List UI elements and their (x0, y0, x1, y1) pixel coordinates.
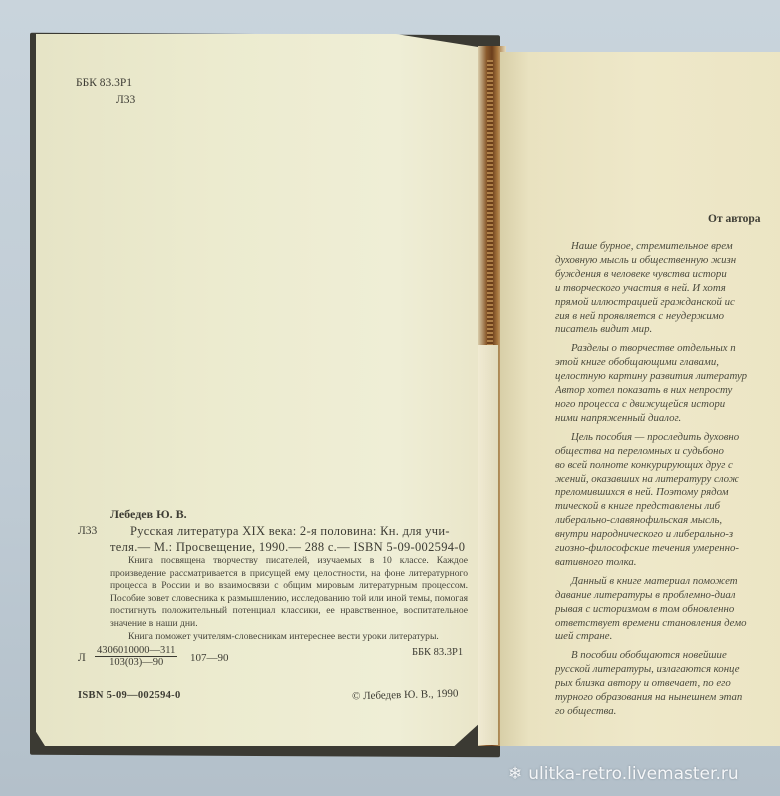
fraction-denominator: 103(03)—90 (95, 657, 177, 668)
snowflake-icon: ❄ (508, 764, 522, 784)
preface-heading: От автора (708, 213, 761, 225)
publication-code-fraction: 4306010000—311 103(03)—90 (95, 645, 177, 668)
preface-line: либерально-славянофильская мысль, (555, 514, 780, 528)
preface-line: Наше бурное, стремительное врем (555, 240, 780, 254)
publication-code-suffix: 107—90 (190, 652, 229, 664)
preface-line: рывая с историзмом в том обновленно (555, 603, 780, 617)
watermark: ❄ulitka-retro.livemaster.ru (508, 764, 739, 784)
catalog-code: Л33 (78, 525, 97, 537)
preface-line: русской литературы, излагаются конце (555, 663, 780, 677)
preface-line: гия в ней проявляется с неудержимо (555, 310, 780, 324)
preface-line: Автор хотел показать в них непросту (555, 384, 780, 398)
preface-line: тической в книге представлены либ (555, 500, 780, 514)
preface-line: этой книге обобщающими главами, (555, 356, 780, 370)
preface-line: жений, оказавших на литературу слож (555, 473, 780, 487)
preface-line: Цель пособия — проследить духовно (555, 431, 780, 445)
preface-line: Разделы о творчестве отдельных п (555, 342, 780, 356)
preface-line: и творческого участия в ней. И хотя (555, 282, 780, 296)
fraction-numerator: 4306010000—311 (95, 645, 177, 657)
preface-line: общества на переломных и судьбоно (555, 445, 780, 459)
preface-line: целостную картину развития литератур (555, 370, 780, 384)
preface-line: духовную мысль и общественную жизн (555, 254, 780, 268)
abstract-paragraph: Книга поможет учителям-словесникам интер… (110, 631, 468, 644)
preface-line: ответствует времени становления демо (555, 617, 780, 631)
preface-line: давание литературы в проблемно-диал (555, 589, 780, 603)
show-through-title (190, 70, 390, 250)
author-name: Лебедев Ю. В. (110, 507, 187, 522)
abstract-paragraph: Книга посвящена творчеству писателей, из… (110, 555, 468, 631)
preface-line: гиозно-философские течения умеренно- (555, 542, 780, 556)
preface-line: ного процесса с движущейся истори (555, 398, 780, 412)
preface-line: писатель видит мир. (555, 323, 780, 337)
preface-text: Наше бурное, стремительное времдуховную … (555, 240, 780, 719)
preface-line: буждения в человеке чувства истори (555, 268, 780, 282)
preface-line: Данный в книге материал поможет (555, 575, 780, 589)
preface-line: прямой иллюстрацией гражданской ис (555, 296, 780, 310)
torn-page-strip (478, 345, 499, 745)
isbn: ISBN 5-09—002594-0 (78, 690, 181, 701)
bottom-bbk-code: ББК 83.3Р1 (412, 647, 463, 658)
preface-line: во всей полноте конкурирующих друг с (555, 459, 780, 473)
watermark-text: ulitka-retro.livemaster.ru (528, 764, 738, 784)
bibliographic-line-1: Русская литература XIX века: 2-я половин… (130, 524, 475, 539)
preface-line: преломившихся в ней. Поэтому рядом (555, 486, 780, 500)
preface-line: рых близка автору и отвечает, по его (555, 677, 780, 691)
preface-line: шей стране. (555, 630, 780, 644)
preface-line: турного образования на нынешнем этап (555, 691, 780, 705)
preface-line: вативного толка. (555, 556, 780, 570)
top-catalog-code: Л33 (116, 94, 135, 106)
book-abstract: Книга посвящена творчеству писателей, из… (110, 555, 468, 643)
bibliographic-line-2: теля.— М.: Просвещение, 1990.— 288 с.— I… (110, 540, 480, 555)
preface-line: ними напряженный диалог. (555, 412, 780, 426)
top-bbk-code: ББК 83.3Р1 (76, 77, 132, 89)
preface-line: В пособии обобщаются новейшие (555, 649, 780, 663)
preface-line: внутри народнического и либерально-з (555, 528, 780, 542)
publication-code-letter: Л (78, 652, 86, 664)
photo-scene: ББК 83.3Р1 Л33 Лебедев Ю. В. Л33 Русская… (0, 0, 780, 796)
preface-line: го общества. (555, 705, 780, 719)
